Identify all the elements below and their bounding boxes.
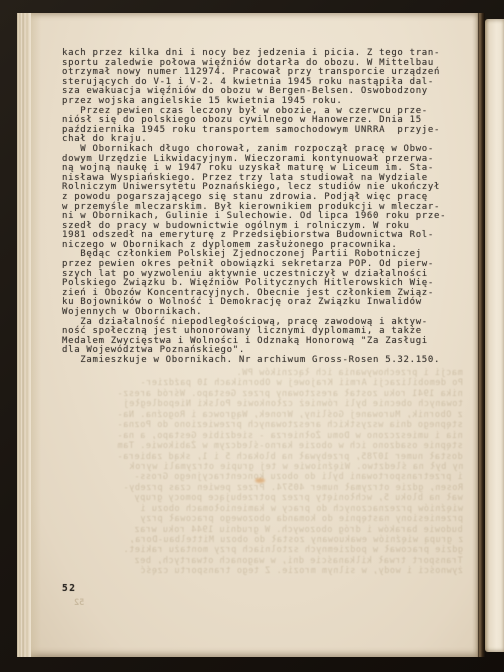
adjacent-page-edge: [485, 19, 504, 652]
bleedthrough-line-text: gdzie pracował w podziemnych sztolniach …: [123, 545, 463, 555]
page-number: 52: [62, 583, 76, 594]
bleedthrough-line: budowie baraków i dróg obozowych. W grud…: [43, 525, 463, 535]
bleedthrough-line: stępnie osadzono ich w obozie karno-śled…: [43, 441, 463, 451]
paragraph: Za działalność niepodległościową, pracę …: [62, 318, 446, 356]
bleedthrough-line-text: wał na bloku 5, wchłonięty przez potrzeb…: [134, 493, 463, 503]
scanned-book-photo: macji i przechowywania ich łączników PW.…: [0, 0, 504, 672]
bleedthrough-line: stępnego dnia wszystkich aresztowanych p…: [43, 420, 463, 430]
paper-stain: [255, 478, 265, 483]
text-line: Zamieszkuje w Obornikach. Nr archiwum Gr…: [62, 356, 446, 366]
bleedthrough-line-text: żywności i wody, w silnym mrozie. Z tego…: [140, 566, 463, 576]
page-number-bleedthrough: 52: [74, 598, 84, 608]
bleedthrough-line-text: budowie baraków i dróg obozowych. W grud…: [134, 525, 463, 535]
book-page: macji i przechowywania ich łączników PW.…: [17, 13, 478, 657]
bleedthrough-line: gdzie pracował w podziemnych sztolniach …: [43, 545, 463, 555]
bleedthrough-line-text: stępnie osadzono ich w obozie karno-śled…: [117, 441, 463, 451]
paragraph: kach przez kilka dni i nocy bez jedzenia…: [62, 49, 446, 107]
bleedthrough-line: żywności i wody, w silnym mrozie. Z tego…: [43, 566, 463, 576]
bleedthrough-line-text: z Obornik, Murowanej Gośliny, Wronek, Wą…: [117, 410, 463, 420]
bleedthrough-line-text: stępnego dnia wszystkich aresztowanych p…: [117, 420, 463, 430]
bleedthrough-line: ny był na śledztwo. Więźniowie w tej gru…: [43, 462, 463, 472]
typewritten-text: kach przez kilka dni i nocy bez jedzenia…: [62, 49, 446, 366]
bleedthrough-line: nia i umieszczono w Domu Żołnierza - sie…: [43, 431, 463, 441]
stacked-page-edges-fade: [31, 13, 41, 657]
bleedthrough-line: dostał numer 10785, przebywał na blokach…: [43, 452, 463, 462]
bleedthrough-line-text: nika 1941 roku został aresztowany przez …: [117, 389, 463, 399]
bleedthrough-line: z grupą więźniów ewakuowany został do ob…: [43, 535, 463, 545]
bleedthrough-line: więźniów przeznaczonych do pracy w kamie…: [43, 504, 463, 514]
paragraph: W Obornikach długo chorował, zanim rozpo…: [62, 145, 446, 251]
bleedthrough-line: Po demobilizacji Armii Krajowej w Oborni…: [43, 378, 463, 388]
bleedthrough-line-text: ny był na śledztwo. Więźniowie w tej gru…: [129, 462, 463, 472]
bleedthrough-line-text: towanych obecnie byli również członkowie…: [123, 399, 463, 409]
bleedthrough-line: z Obornik, Murowanej Gośliny, Wronek, Wą…: [43, 410, 463, 420]
bleedthrough-line: przeniesiony następnie do komanda obozow…: [43, 514, 463, 524]
bleedthrough-line: wał na bloku 5, wchłonięty przez potrzeb…: [43, 493, 463, 503]
bleedthrough-line-text: nia i umieszczono w Domu Żołnierza - sie…: [117, 431, 463, 441]
page-gutter-shadow: [477, 13, 485, 657]
bleedthrough-line: Rosen, gdzie otrzymał numer 40574. Przez…: [43, 483, 463, 493]
bleedthrough-line-text: więźniów przeznaczonych do pracy w kamie…: [140, 504, 463, 514]
bleedthrough-line-text: Po demobilizacji Armii Krajowej w Oborni…: [140, 378, 463, 388]
paragraph: Będąc członkiem Polskiej Zjednoczonej Pa…: [62, 250, 446, 317]
bleedthrough-line-text: przeniesiony następnie do komanda obozow…: [140, 514, 463, 524]
bleedthrough-line-text: Rosen, gdzie otrzymał numer 40574. Przez…: [123, 483, 463, 493]
bleedthrough-line-text: i przetransportowani byli do obozu konce…: [134, 472, 463, 482]
bleedthrough-line: i przetransportowani byli do obozu konce…: [43, 472, 463, 482]
bleedthrough-line: Transport trwał kilkanaście dni, w wagon…: [43, 556, 463, 566]
bleedthrough-line-text: z grupą więźniów ewakuowany został do ob…: [129, 535, 463, 545]
bleedthrough-line: macji i przechowywania ich łączników PW.: [43, 368, 463, 378]
bleedthrough-line: towanych obecnie byli również członkowie…: [43, 399, 463, 409]
bleedthrough-line-text: dostał numer 10785, przebywał na blokach…: [117, 452, 463, 462]
bleedthrough-line-text: Transport trwał kilkanaście dni, w wagon…: [134, 556, 463, 566]
paragraph: Zamieszkuje w Obornikach. Nr archiwum Gr…: [62, 356, 446, 366]
paragraph: Przez pewien czas leczony był w obozie, …: [62, 107, 446, 145]
bleedthrough-text: macji i przechowywania ich łączników PW.…: [43, 368, 463, 577]
stacked-page-edges: [17, 13, 31, 657]
bleedthrough-line: nika 1941 roku został aresztowany przez …: [43, 389, 463, 399]
bleedthrough-line-text: macji i przechowywania ich łączników PW.: [236, 368, 463, 378]
